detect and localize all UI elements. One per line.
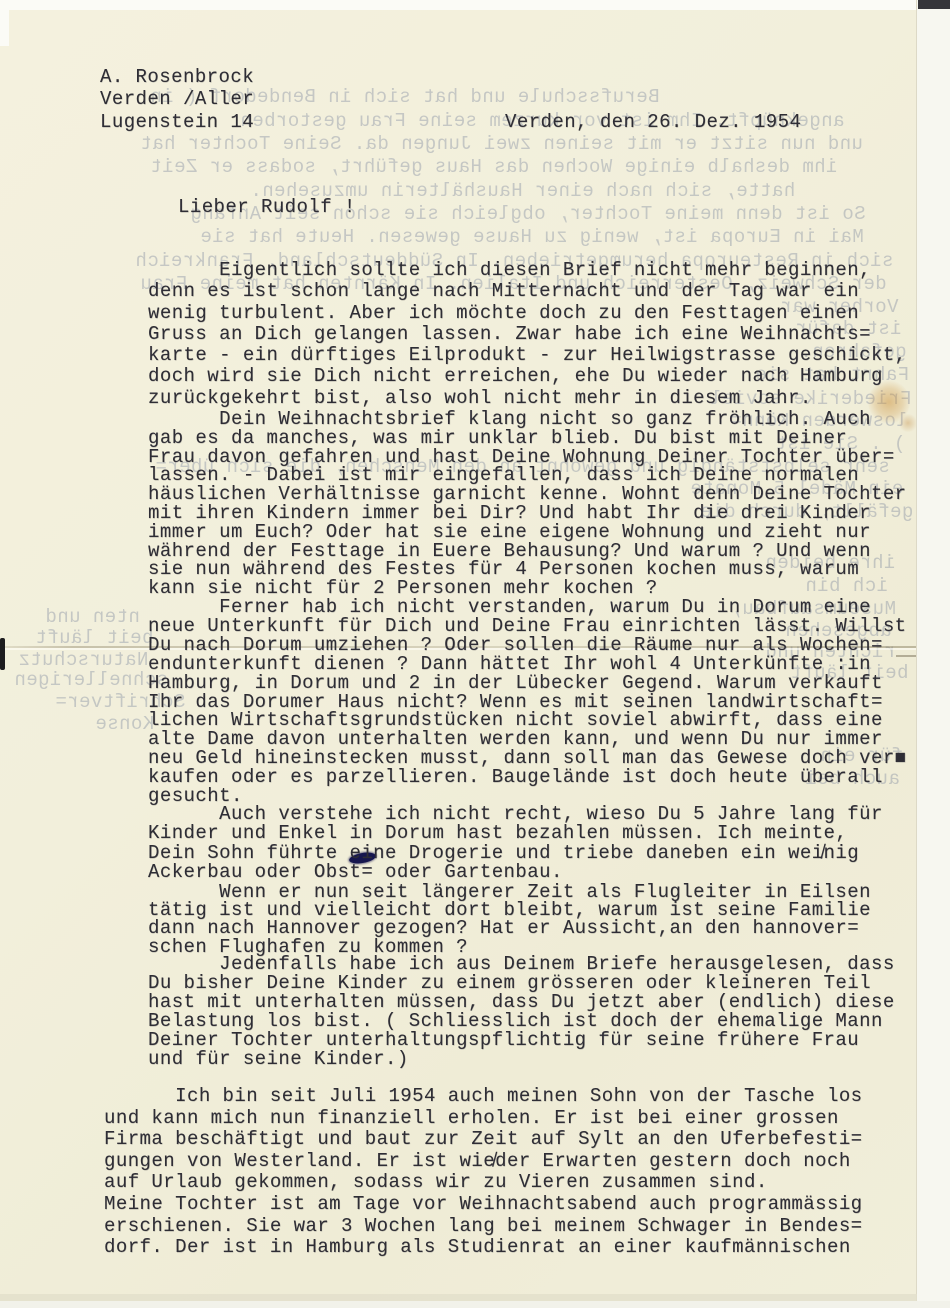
scan-edge-top	[0, 0, 950, 10]
left-edge-mark	[0, 638, 5, 670]
paragraph-5: Wenn er nun seit längerer Zeit als Flugl…	[148, 883, 871, 956]
date-line: Verden, den 26. Dez. 1954	[505, 111, 801, 133]
scan-edge-top-left	[0, 0, 9, 46]
paragraph-4: Auch verstehe ich nicht recht, wieso Du …	[148, 805, 883, 883]
scan-edge-bottom-shadow	[0, 1294, 917, 1301]
sender-address: A. Rosenbrock Verden /Aller Lugenstein 1…	[100, 66, 254, 133]
scan-edge-bottom	[0, 1301, 950, 1308]
bleedthrough-text: und nun sitzt er mit seinen zwei Jungen …	[140, 133, 863, 155]
bleedthrough-text: Konse	[95, 713, 154, 735]
scan-stage: Berufsschule und hat sich in Bendedorf (…	[0, 0, 950, 1308]
paragraph-3: Ferner hab ich nicht verstanden, warum D…	[148, 598, 907, 806]
paragraph-2: Dein Weihnachtsbrief klang nicht so ganz…	[148, 410, 907, 598]
bleedthrough-text: Naturschutz	[18, 649, 148, 671]
salutation: Lieber Rudolf !	[178, 196, 356, 218]
scanner-dark-bar	[918, 0, 950, 9]
bleedthrough-text: nten und	[45, 606, 140, 628]
paragraph-1: Eigentlich sollte ich diesen Brief nicht…	[148, 260, 907, 409]
bleedthrough-text: schnellerigen	[14, 669, 168, 691]
bleedthrough-text: ihm deshalb einige Wochen das Haus gefüh…	[150, 156, 837, 178]
scan-edge-right	[916, 0, 950, 1308]
bleedthrough-text: Mai in Europa ist, wenig zu Hause gewese…	[200, 226, 864, 248]
paragraph-6: Jedenfalls habe ich aus Deinem Briefe he…	[148, 955, 895, 1069]
paragraph-7: Ich bin seit Juli 1954 auch meinen Sohn …	[104, 1086, 863, 1259]
